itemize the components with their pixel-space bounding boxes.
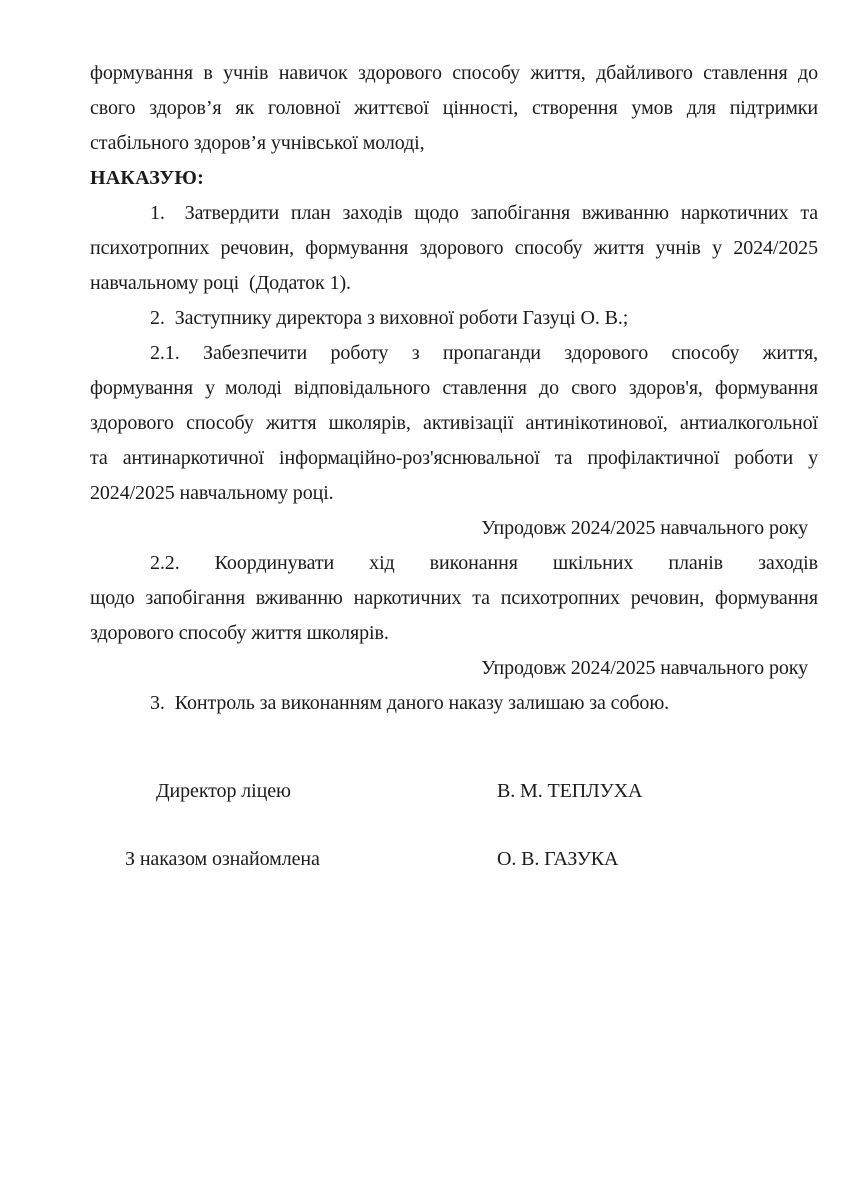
paragraph-continuation-line: формування в учнів навичок здорового спо…: [90, 56, 818, 91]
order-item-2-1-line: здорового способу життя школярів, активі…: [90, 406, 818, 441]
document-page: формування в учнів навичок здорового спо…: [0, 0, 849, 1200]
acknowledged-person-name: О. В. ГАЗУКА: [497, 842, 618, 877]
order-item-2-1-line: формування у молоді відповідального став…: [90, 371, 818, 406]
order-item-1-line: навчальному році (Додаток 1).: [90, 266, 818, 301]
term-line: Упродовж 2024/2025 навчального року: [90, 511, 818, 546]
paragraph-continuation-line: свого здоров’я як головної життєвої цінн…: [90, 91, 818, 126]
signature-person-name: В. М. ТЕПЛУХА: [497, 774, 642, 809]
order-item-2-2-line: 2.2. Координувати хід виконання шкільних…: [90, 546, 818, 581]
signature-position-label: Директор ліцею: [156, 780, 291, 802]
acknowledgement-label: З наказом ознайомлена: [125, 848, 320, 870]
order-item-2-line: 2. Заступнику директора з виховної робот…: [90, 301, 818, 336]
order-item-2-1-line: та антинаркотичної інформаційно-роз'ясню…: [90, 441, 818, 476]
signature-row-director: Директор ліцею В. М. ТЕПЛУХА: [90, 774, 818, 809]
order-item-2-1-line: 2024/2025 навчальному році.: [90, 476, 818, 511]
order-heading: НАКАЗУЮ:: [90, 161, 818, 196]
term-line: Упродовж 2024/2025 навчального року: [90, 651, 818, 686]
order-item-2-2-line: щодо запобігання вживанню наркотичних та…: [90, 581, 818, 616]
order-item-1-line: психотропних речовин, формування здорово…: [90, 231, 818, 266]
paragraph-continuation-line: стабільного здоров’я учнівської молоді,: [90, 126, 818, 161]
signature-block: Директор ліцею В. М. ТЕПЛУХА З наказом о…: [90, 774, 818, 877]
order-item-1-line: 1. Затвердити план заходів щодо запобіга…: [90, 196, 818, 231]
order-item-2-1-line: 2.1. Забезпечити роботу з пропаганди здо…: [90, 336, 818, 371]
signature-row-acknowledged: З наказом ознайомлена О. В. ГАЗУКА: [90, 842, 818, 877]
order-item-2-2-line: здорового способу життя школярів.: [90, 616, 818, 651]
order-text-block: формування в учнів навичок здорового спо…: [0, 0, 849, 877]
order-item-3-line: 3. Контроль за виконанням даного наказу …: [90, 686, 818, 721]
